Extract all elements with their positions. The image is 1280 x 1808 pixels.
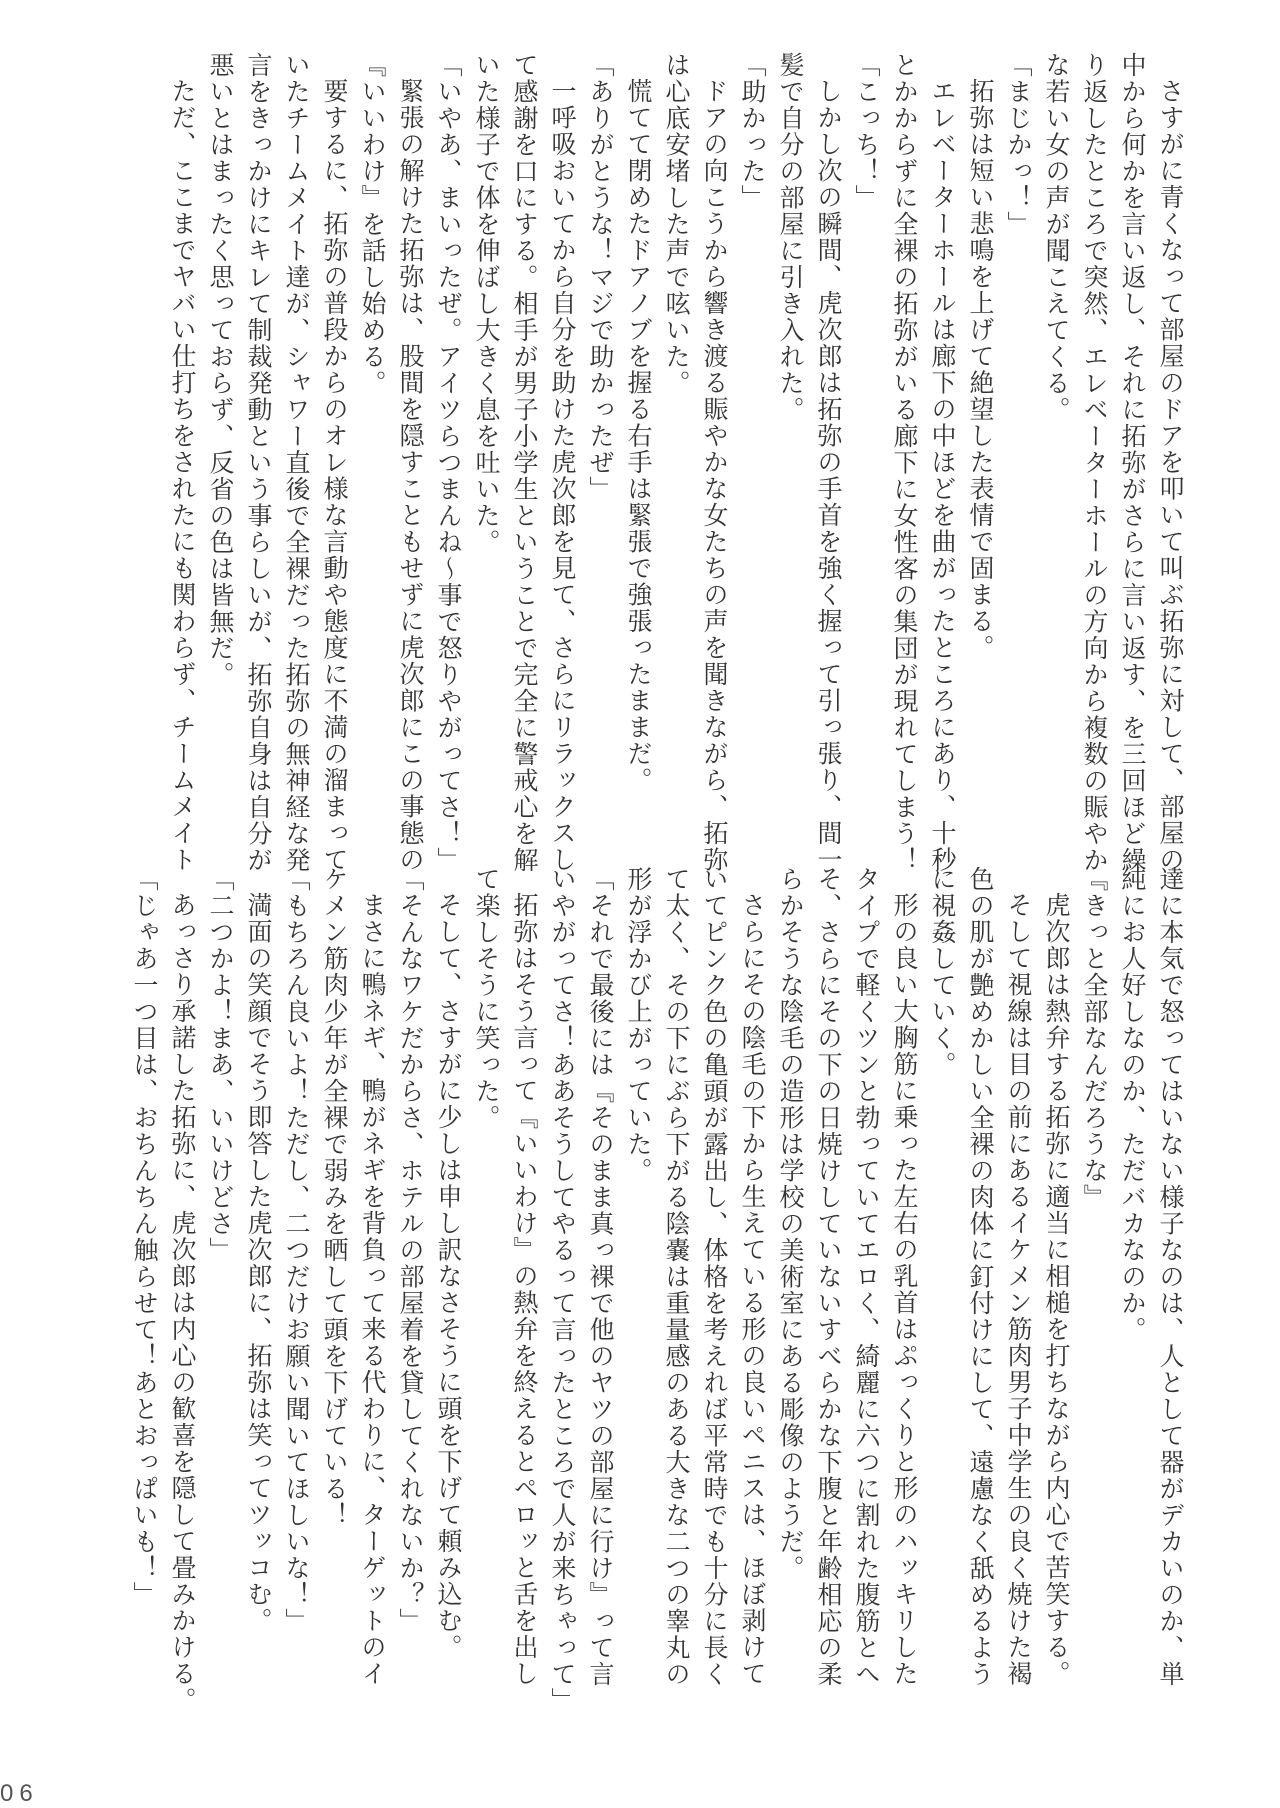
- text-column: 言をきっかけにキレて制裁発動という事らしいが、拓弥自身は自分が: [238, 52, 276, 867]
- text-column: エレベーターホールは廊下の中ほどを曲がったところにあり、十秒: [922, 52, 960, 867]
- page-number: 06: [0, 1780, 39, 1808]
- text-column: さらにその陰毛の下から生えている形の良いペニスは、ほぼ剥けて: [732, 866, 770, 1706]
- text-column: に視姦していく。: [922, 866, 960, 1706]
- text-column: 慌てて閉めたドアノブを握る右手は緊張で強張ったままだ。: [618, 52, 656, 867]
- text-column: さすがに青くなって部屋のドアを叩いて叫ぶ拓弥に対して、部屋の: [1150, 52, 1188, 867]
- text-column: ケメン筋肉少年が全裸で弱みを晒して頭を下げている！: [314, 866, 352, 1706]
- text-column: は心底安堵した声で呟いた。: [656, 52, 694, 867]
- text-column: いてピンク色の亀頭が露出し、体格を考えれば平常時でも十分に長く: [694, 866, 732, 1706]
- text-column: 「もちろん良いよ！ただし、二つだけお願い聞いてほしいな！」: [276, 866, 314, 1706]
- text-column: 『いいわけ』を話し始める。: [352, 52, 390, 867]
- text-column: そして視線は目の前にあるイケメン筋肉男子中学生の良く焼けた褐: [998, 866, 1036, 1706]
- text-column: 『きっと全部なんだろうな』: [1074, 866, 1112, 1706]
- text-column: り返したところで突然、エレベーターホールの方向から複数の賑やか: [1074, 52, 1112, 867]
- text-block-top: さすがに青くなって部屋のドアを叩いて叫ぶ拓弥に対して、部屋の中から何かを言い返し…: [162, 52, 1188, 867]
- text-column: らかそうな陰毛の造形は学校の美術室にある彫像のようだ。: [770, 866, 808, 1706]
- text-column: そして、さすがに少しは申し訳なさそうに頭を下げて頼み込む。: [428, 866, 466, 1706]
- text-column: 拓弥はそう言って『いいわけ』の熱弁を終えるとペロッと舌を出し: [504, 866, 542, 1706]
- text-column: いたチームメイト達が、シャワー直後で全裸だった拓弥の無神経な発: [276, 52, 314, 867]
- text-column: 「いやあ、まいったぜ。アイツらつまんね～事で怒りやがってさ！」: [428, 52, 466, 867]
- text-column: 純にお人好しなのか、ただバカなのか。: [1112, 866, 1150, 1706]
- text-column: 「そんなワケだからさ、ホテルの部屋着を貸してくれないか？」: [390, 866, 428, 1706]
- text-column: 「それで最後には『そのまま真っ裸で他のヤツの部屋に行け』って言: [580, 866, 618, 1706]
- text-column: いた様子で体を伸ばし大きく息を吐いた。: [466, 52, 504, 867]
- text-column: 「まじかっ！」: [998, 52, 1036, 867]
- text-block-bottom: 達に本気で怒ってはいない様子なのは、人として器がデカいのか、単純にお人好しなのか…: [124, 866, 1188, 1706]
- text-column: 達に本気で怒ってはいない様子なのは、人として器がデカいのか、単: [1150, 866, 1188, 1706]
- text-column: 緊張の解けた拓弥は、股間を隠すこともせずに虎次郎にこの事態の: [390, 52, 428, 867]
- text-column: ドアの向こうから響き渡る賑やかな女たちの声を聞きながら、拓弥: [694, 52, 732, 867]
- text-column: 拓弥は短い悲鳴を上げて絶望した表情で固まる。: [960, 52, 998, 867]
- text-column: 形の良い大胸筋に乗った左右の乳首はぷっくりと形のハッキリした: [884, 866, 922, 1706]
- text-column: 中から何かを言い返し、それに拓弥がさらに言い返す、を三回ほど繰: [1112, 52, 1150, 867]
- text-column: ただ、ここまでヤバい仕打ちをされたにも関わらず、チームメイト: [162, 52, 200, 867]
- text-column: 「助かった」: [732, 52, 770, 867]
- text-column: しかし次の瞬間、虎次郎は拓弥の手首を強く握って引っ張り、間一: [808, 52, 846, 867]
- text-column: 「こっち！」: [846, 52, 884, 867]
- text-column: 「二つかよ！まあ、いいけどさ」: [200, 866, 238, 1706]
- text-column: まさに鴨ネギ、鴨がネギを背負って来る代わりに、ターゲットのイ: [352, 866, 390, 1706]
- document-page: さすがに青くなって部屋のドアを叩いて叫ぶ拓弥に対して、部屋の中から何かを言い返し…: [0, 0, 1280, 1808]
- text-column: 満面の笑顔でそう即答した虎次郎に、拓弥は笑ってツッコむ。: [238, 866, 276, 1706]
- text-column: 要するに、拓弥の普段からのオレ様な言動や態度に不満の溜まって: [314, 52, 352, 867]
- text-column: 一呼吸おいてから自分を助けた虎次郎を見て、さらにリラックスし: [542, 52, 580, 867]
- text-column: 色の肌が艶めかしい全裸の肉体に釘付けにして、遠慮なく舐めるよう: [960, 866, 998, 1706]
- text-column: いやがってさ！ああそうしてやるって言ったところで人が来ちゃって」: [542, 866, 580, 1706]
- text-column: 髪で自分の部屋に引き入れた。: [770, 52, 808, 867]
- text-column: て太く、その下にぶら下がる陰嚢は重量感のある大きな二つの睾丸の: [656, 866, 694, 1706]
- text-column: とかからずに全裸の拓弥がいる廊下に女性客の集団が現れてしまう！: [884, 52, 922, 867]
- text-column: 「ありがとうな！マジで助かったぜ」: [580, 52, 618, 867]
- text-column: な若い女の声が聞こえてくる。: [1036, 52, 1074, 867]
- text-column: て感謝を口にする。相手が男子小学生ということで完全に警戒心を解: [504, 52, 542, 867]
- text-column: あっさり承諾した拓弥に、虎次郎は内心の歓喜を隠して畳みかける。: [162, 866, 200, 1706]
- text-column: 悪いとはまったく思っておらず、反省の色は皆無だ。: [200, 52, 238, 867]
- text-column: 虎次郎は熱弁する拓弥に適当に相槌を打ちながら内心で苦笑する。: [1036, 866, 1074, 1706]
- text-column: タイプで軽くツンと勃っていてエロく、綺麗に六つに割れた腹筋とへ: [846, 866, 884, 1706]
- text-column: 形が浮かび上がっていた。: [618, 866, 656, 1706]
- text-column: て楽しそうに笑った。: [466, 866, 504, 1706]
- text-column: 「じゃあ一つ目は、おちんちん触らせて！あとおっぱいも！」: [124, 866, 162, 1706]
- text-column: そ、さらにその下の日焼けしていないすべらかな下腹と年齢相応の柔: [808, 866, 846, 1706]
